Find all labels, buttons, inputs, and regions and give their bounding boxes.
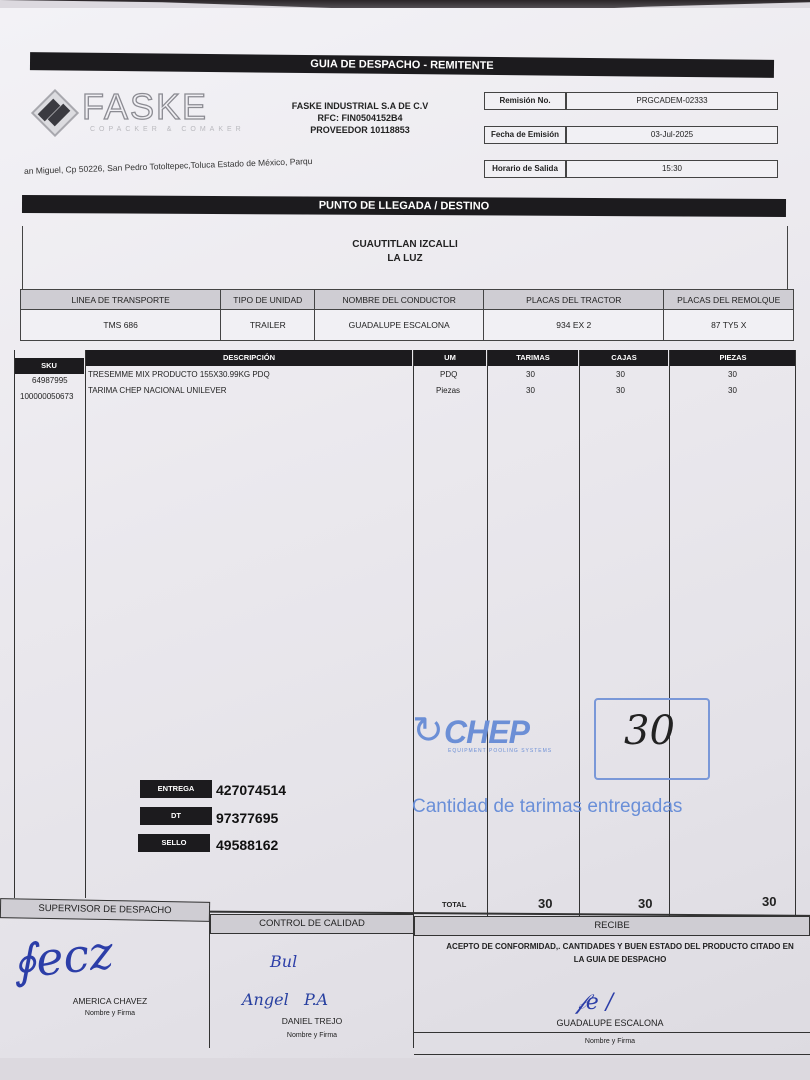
company-name: FASKE INDUSTRIAL S.A DE C.V [270, 100, 450, 112]
quality-handwriting: Angel P.A [242, 990, 328, 1009]
reference-value: 427074514 [216, 782, 286, 798]
total-label: TOTAL [442, 900, 466, 909]
col-header-descripcion: DESCRIPCIÓN [86, 350, 412, 366]
col-divider [579, 350, 580, 920]
row-piezas: 30 [728, 370, 737, 379]
col-divider [209, 906, 210, 1048]
field-label: Fecha de Emisión [484, 126, 566, 144]
field-label: Remisión No. [484, 92, 566, 110]
stamp-caption: Cantidad de tarimas entregadas [412, 796, 682, 818]
row-um: Piezas [436, 386, 460, 395]
col-divider [487, 350, 488, 920]
destination-box: CUAUTITLAN IZCALLI LA LUZ [22, 226, 788, 293]
col-header-piezas: PIEZAS [670, 350, 796, 366]
total-cajas: 30 [638, 896, 652, 911]
row-descripcion: TARIMA CHEP NACIONAL UNILEVER [88, 386, 227, 395]
receiver-statement: ACEPTO DE CONFORMIDAD,. CANTIDADES Y BUE… [440, 940, 800, 966]
quality-header: CONTROL DE CALIDAD [210, 914, 414, 934]
quality-signature: Bul [270, 952, 297, 971]
col-header-sku: SKU [14, 358, 84, 374]
trailer-plates: 87 TY5 X [664, 310, 794, 341]
reference-value: 97377695 [216, 810, 278, 826]
field-value: 03-Jul-2025 [566, 126, 778, 144]
total-tarimas: 30 [538, 896, 552, 911]
reference-label: DT [140, 807, 212, 825]
company-proveedor: PROVEEDOR 10118853 [270, 124, 450, 136]
quality-sub: Nombre y Firma [212, 1032, 412, 1039]
destination-title: PUNTO DE LLEGADA / DESTINO [22, 195, 786, 217]
row-sku: 64987995 [32, 376, 68, 385]
supervisor-sub: Nombre y Firma [40, 1010, 180, 1017]
dispatch-document: GUIA DE DESPACHO - REMITENTE FASKE COPAC… [0, 8, 810, 1058]
total-piezas: 30 [762, 894, 776, 909]
supervisor-name: AMERICA CHAVEZ [40, 996, 180, 1006]
destination-city: CUAUTITLAN IZCALLI [23, 238, 787, 252]
logo-name: FASKE [82, 86, 208, 128]
col-divider [85, 350, 86, 898]
row-tarimas: 30 [526, 386, 535, 395]
destination-site: LA LUZ [23, 252, 787, 266]
chep-arrows-icon: ↻ [412, 708, 444, 753]
row-um: PDQ [440, 370, 457, 379]
company-rfc: RFC: FIN0504152B4 [270, 112, 450, 124]
company-address: an Miguel, Cp 50226, San Pedro Totoltepe… [24, 156, 313, 176]
col-divider [14, 350, 15, 898]
col-divider [413, 908, 414, 1048]
chep-brand: CHEP [444, 714, 529, 751]
col-header: LINEA DE TRANSPORTE [21, 290, 221, 310]
receiver-sub: Nombre y Firma [520, 1038, 700, 1045]
chep-stamp: ↻ CHEP EQUIPMENT POOLING SYSTEMS 30 Cant… [410, 678, 730, 828]
col-header: PLACAS DEL REMOLQUE [664, 290, 794, 310]
company-info: FASKE INDUSTRIAL S.A DE C.V RFC: FIN0504… [270, 100, 450, 136]
reference-label: ENTREGA [140, 780, 212, 798]
reference-value: 49588162 [216, 837, 278, 853]
col-header: NOMBRE DEL CONDUCTOR [315, 290, 484, 310]
supervisor-header: SUPERVISOR DE DESPACHO [0, 898, 210, 922]
receiver-signature: 𝒻e / [576, 990, 613, 1015]
field-value: 15:30 [566, 160, 778, 178]
tractor-plates: 934 EX 2 [484, 310, 664, 341]
document-title: GUIA DE DESPACHO - REMITENTE [30, 52, 774, 78]
transport-table: LINEA DE TRANSPORTE TIPO DE UNIDAD NOMBR… [20, 289, 794, 341]
col-divider [795, 350, 796, 920]
field-value: PRGCADEM-02333 [566, 92, 778, 110]
col-header: TIPO DE UNIDAD [221, 290, 315, 310]
col-header: PLACAS DEL TRACTOR [484, 290, 664, 310]
col-divider [413, 350, 414, 920]
col-divider [669, 350, 670, 920]
col-header-um: UM [414, 350, 486, 366]
field-label: Horario de Salida [484, 160, 566, 178]
divider [414, 1032, 810, 1033]
logo-tagline: COPACKER & COMAKER [90, 126, 245, 133]
quality-name: DANIEL TREJO [212, 1016, 412, 1026]
row-piezas: 30 [728, 386, 737, 395]
handwritten-count: 30 [624, 708, 675, 754]
reference-label: SELLO [138, 834, 210, 852]
supervisor-signature: ∮ecz [9, 925, 115, 989]
row-cajas: 30 [616, 370, 625, 379]
row-tarimas: 30 [526, 370, 535, 379]
chep-subtitle: EQUIPMENT POOLING SYSTEMS [448, 748, 552, 754]
col-header-cajas: CAJAS [580, 350, 668, 366]
faske-logo: FASKE COPACKER & COMAKER [38, 92, 248, 142]
unit-type: TRAILER [221, 310, 315, 341]
divider [414, 1054, 810, 1055]
driver-name: GUADALUPE ESCALONA [315, 310, 484, 341]
receiver-name: GUADALUPE ESCALONA [520, 1018, 700, 1028]
transport-line: TMS 686 [21, 310, 221, 341]
row-sku: 100000050673 [20, 392, 73, 401]
row-descripcion: TRESEMME MIX PRODUCTO 155X30.99KG PDQ [88, 370, 270, 379]
receiver-header: RECIBE [414, 916, 810, 936]
row-cajas: 30 [616, 386, 625, 395]
col-header-tarimas: TARIMAS [488, 350, 578, 366]
